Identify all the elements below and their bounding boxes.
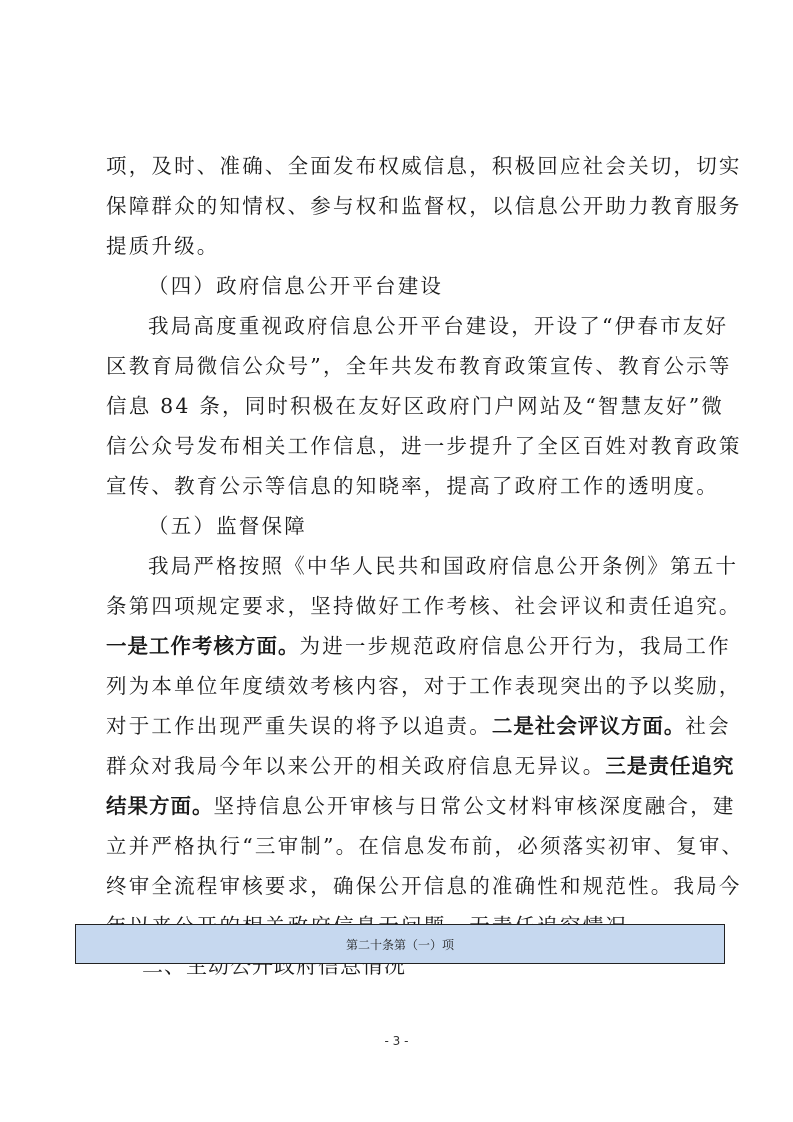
section-heading-supervision: （五）监督保障 [106,506,706,546]
table-header-cell: 第二十条第（一）项 [75,924,725,964]
paragraph-line: 我局严格按照《中华人民共和国政府信息公开条例》第五十 [106,546,706,586]
line-text: 群众对我局今年以来公开的相关政府信息无异议。 [106,754,605,778]
bold-lead-social-review: 二是社会评议方面。 [492,714,686,738]
paragraph-line: 区教育局微信公众号”，全年共发布教育政策宣传、教育公示等 [106,346,706,386]
paragraph-line: 一是工作考核方面。为进一步规范政府信息公开行为，我局工作 [106,626,706,666]
paragraph-line: 对于工作出现严重失误的将予以追责。二是社会评议方面。社会 [106,706,706,746]
document-page: 项，及时、准确、全面发布权威信息，积极回应社会关切，切实 保障群众的知情权、参与… [0,0,793,1122]
line-text: 为进一步规范政府信息公开行为，我局工作 [300,634,731,658]
line-text: 坚持信息公开审核与日常公文材料审核深度融合，建 [214,794,736,818]
paragraph-line: 群众对我局今年以来公开的相关政府信息无异议。三是责任追究 [106,746,706,786]
paragraph-line: 我局高度重视政府信息公开平台建设，开设了“伊春市友好 [106,306,706,346]
bold-lead-accountability-cont: 结果方面。 [106,794,214,818]
page-number: - 3 - [0,1034,793,1048]
paragraph-line: 信息 84 条，同时积极在友好区政府门户网站及“智慧友好”微 [106,386,706,426]
table-header-label: 第二十条第（一）项 [346,936,454,953]
bold-lead-accountability: 三是责任追究 [605,754,734,778]
paragraph-line: 保障群众的知情权、参与权和监督权，以信息公开助力教育服务 [106,186,706,226]
body-text: 项，及时、准确、全面发布权威信息，积极回应社会关切，切实 保障群众的知情权、参与… [106,146,706,986]
paragraph-line: 提质升级。 [106,226,706,266]
paragraph-line: 条第四项规定要求，坚持做好工作考核、社会评议和责任追究。 [106,586,706,626]
paragraph-line: 信公众号发布相关工作信息，进一步提升了全区百姓对教育政策 [106,426,706,466]
section-heading-platform: （四）政府信息公开平台建设 [106,266,706,306]
line-text: 社会 [685,714,730,738]
bold-lead-work-assessment: 一是工作考核方面。 [106,634,300,658]
line-text: 对于工作出现严重失误的将予以追责。 [106,714,492,738]
paragraph-line: 项，及时、准确、全面发布权威信息，积极回应社会关切，切实 [106,146,706,186]
paragraph-line: 宣传、教育公示等信息的知晓率，提高了政府工作的透明度。 [106,466,706,506]
paragraph-line: 终审全流程审核要求，确保公开信息的准确性和规范性。我局今 [106,866,706,906]
paragraph-line: 列为本单位年度绩效考核内容，对于工作表现突出的予以奖励， [106,666,706,706]
paragraph-line: 立并严格执行“三审制”。在信息发布前，必须落实初审、复审、 [106,826,706,866]
paragraph-line: 结果方面。坚持信息公开审核与日常公文材料审核深度融合，建 [106,786,706,826]
